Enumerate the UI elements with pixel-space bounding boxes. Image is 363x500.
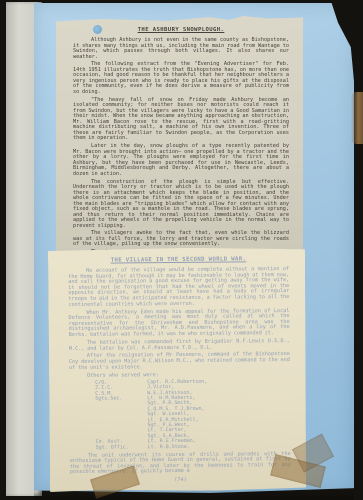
page1-paragraph: The following extract from the "Evening … [73, 62, 289, 95]
page2-paragraph: After the resignation of Mr Passmore, co… [69, 353, 290, 372]
roster-rank: Sgt. Offic. [96, 445, 148, 451]
photographed-archive-page: { "colors": { "backdrop": "#14120e", "al… [0, 0, 363, 500]
page1-paragraph: Later in the day, snow ploughs of a type… [73, 144, 289, 177]
blue-dot-mark [93, 25, 102, 34]
page2-closing-paragraph: The unit underwent its course of drills … [70, 452, 291, 476]
typed-page-snowplough: THE ASHBURY SNOWPLOUGH. Although Ashbury… [56, 16, 303, 262]
typed-page-home-guard: THE VILLAGE IN THE SECOND WORLD WAR. No … [48, 247, 307, 492]
page2-paragraph: No account of the village would be compl… [68, 267, 289, 308]
page1-paragraph: The villagers awoke to the fact that, ev… [73, 231, 289, 248]
page1-paragraph: The construction of the plough is simple… [73, 180, 289, 230]
page2-paragraph: The battalion was commanded first by Bri… [69, 339, 290, 352]
bottom-shadow [34, 490, 354, 500]
page1-paragraph: Although Ashbury is not even in the same… [73, 38, 289, 60]
home-guard-roster: C/O.Capt. R.C.Robertson, 2.I.C.J.Victor,… [95, 379, 291, 451]
roster-row: Sgt. Offic.Lt. R.B.Stone. [96, 444, 291, 451]
roster-name: Lt. R.B.Stone. [148, 444, 291, 451]
page1-title: THE ASHBURY SNOWPLOUGH. [73, 26, 289, 34]
book-spine-edge [351, 92, 363, 144]
page2-paragraph: When Mr. Anthony Eden made his appeal fo… [68, 309, 289, 339]
page2-title: THE VILLAGE IN THE SECOND WORLD WAR. [68, 255, 289, 265]
page1-paragraph: "The heavy fall of snow on Friday made A… [73, 98, 289, 142]
